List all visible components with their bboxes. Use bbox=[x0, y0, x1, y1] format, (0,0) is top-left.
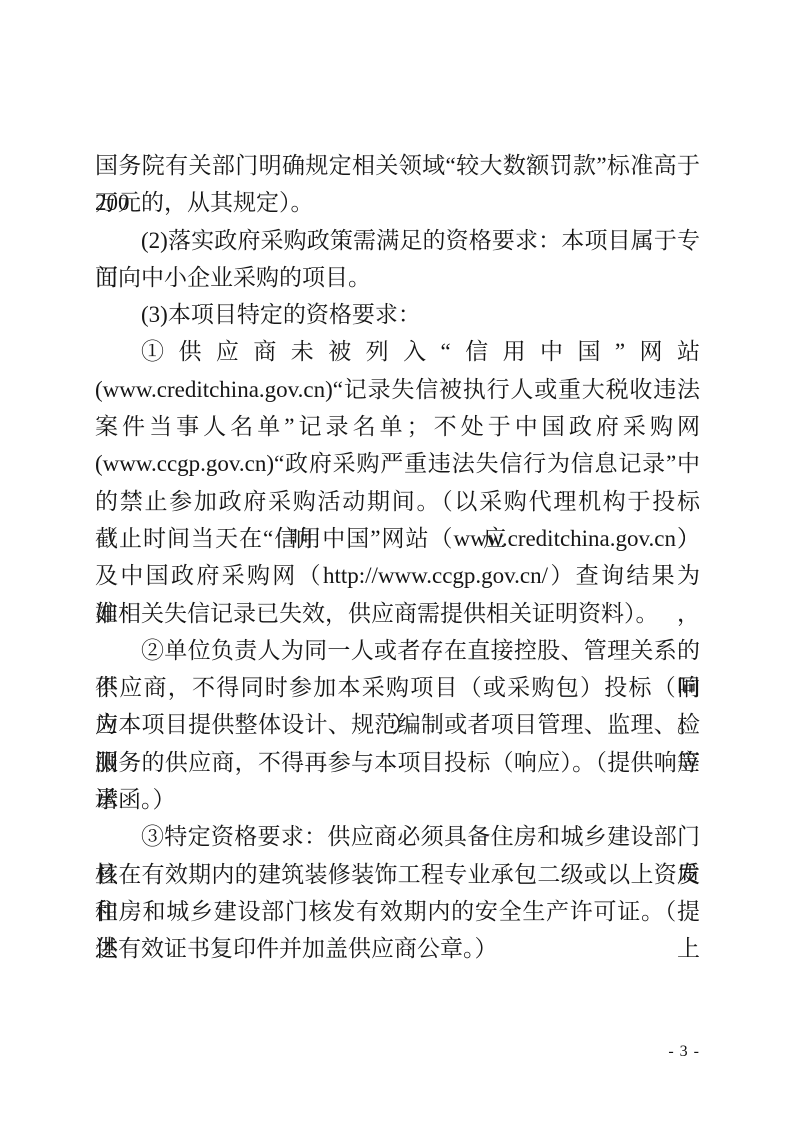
text-line: 诺函。） bbox=[95, 781, 700, 818]
text-line: (2)落实政府采购政策需满足的资格要求：本项目属于专门 bbox=[95, 222, 700, 259]
text-line: 供应商，不得同时参加本采购项目（或采购包）投标（响应）。 bbox=[95, 669, 700, 706]
text-line: 的禁止参加政府采购活动期间。（以采购代理机构于投标（响应） bbox=[95, 483, 700, 520]
text-line: 国务院有关部门明确规定相关领域“较大数额罚款”标准高于 200 bbox=[95, 147, 700, 184]
text-line: 服务的供应商，不得再参与本项目投标（响应）。（提供响应承 bbox=[95, 744, 700, 781]
text-line: 截止时间当天在“信用中国”网站（www.creditchina.gov.cn） bbox=[95, 520, 700, 557]
text-line: 且在有效期内的建筑装修装饰工程专业承包二级或以上资质和 bbox=[95, 856, 700, 893]
text-line: 为本项目提供整体设计、规范编制或者项目管理、监理、检测等 bbox=[95, 706, 700, 743]
page-number: - 3 - bbox=[668, 1042, 700, 1062]
text-line: ③特定资格要求：供应商必须具备住房和城乡建设部门核发 bbox=[95, 818, 700, 855]
text-line: 及中国政府采购网（http://www.ccgp.gov.cn/）查询结果为准， bbox=[95, 557, 700, 594]
text-line: (www.ccgp.gov.cn)“政府采购严重违法失信行为信息记录”中 bbox=[95, 445, 700, 482]
text-line: 如相关失信记录已失效，供应商需提供相关证明资料）。 bbox=[95, 595, 700, 632]
text-line: (www.creditchina.gov.cn)“记录失信被执行人或重大税收违法 bbox=[95, 371, 700, 408]
paragraph: (2)落实政府采购政策需满足的资格要求：本项目属于专门 面向中小企业采购的项目。 bbox=[95, 222, 700, 297]
paragraph: ①供应商未被列入“信用中国”网站 (www.creditchina.gov.cn… bbox=[95, 333, 700, 631]
text-line: 万元的，从其规定）。 bbox=[95, 184, 700, 221]
paragraph: (3)本项目特定的资格要求： bbox=[95, 296, 700, 333]
document-body: 国务院有关部门明确规定相关领域“较大数额罚款”标准高于 200 万元的，从其规定… bbox=[95, 147, 700, 968]
text-line: 面向中小企业采购的项目。 bbox=[95, 259, 700, 296]
paragraph: ②单位负责人为同一人或者存在直接控股、管理关系的不同 供应商，不得同时参加本采购… bbox=[95, 632, 700, 818]
text-line: 案件当事人名单”记录名单；不处于中国政府采购网 bbox=[95, 408, 700, 445]
text-line: ②单位负责人为同一人或者存在直接控股、管理关系的不同 bbox=[95, 632, 700, 669]
text-line: 住房和城乡建设部门核发有效期内的安全生产许可证。（提供上 bbox=[95, 893, 700, 930]
text-line: ①供应商未被列入“信用中国”网站 bbox=[95, 333, 700, 370]
text-line: (3)本项目特定的资格要求： bbox=[95, 296, 700, 333]
paragraph: 国务院有关部门明确规定相关领域“较大数额罚款”标准高于 200 万元的，从其规定… bbox=[95, 147, 700, 222]
document-page: 国务院有关部门明确规定相关领域“较大数额罚款”标准高于 200 万元的，从其规定… bbox=[0, 0, 793, 1122]
paragraph: ③特定资格要求：供应商必须具备住房和城乡建设部门核发 且在有效期内的建筑装修装饰… bbox=[95, 818, 700, 967]
